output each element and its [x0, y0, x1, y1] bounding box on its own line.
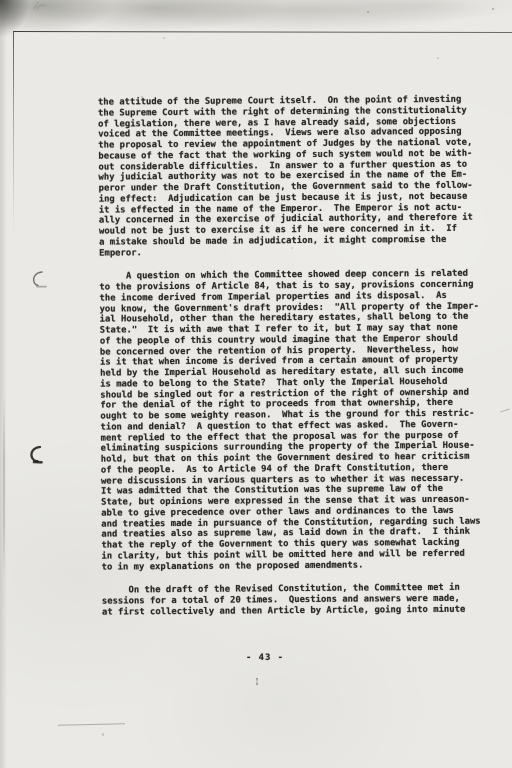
scan-speck	[163, 37, 165, 39]
handwritten-margin-mark-lower	[27, 444, 49, 468]
scan-speck	[492, 8, 494, 10]
scanned-document-page: the attitude of the Supreme Court itself…	[0, 0, 512, 768]
paragraph-3: On the draft of the Revised Constitution…	[102, 583, 504, 618]
faint-bottom-rule	[58, 723, 125, 726]
scan-speck	[291, 247, 293, 249]
scan-speck	[450, 316, 452, 318]
handwritten-margin-mark-upper	[29, 269, 53, 293]
pencil-mark	[31, 0, 49, 12]
scan-speck	[367, 11, 369, 13]
page-number: - 43 -	[233, 653, 297, 664]
stray-ink-tick	[256, 678, 258, 685]
scan-speck	[437, 57, 439, 59]
page-border-left-rule	[13, 31, 14, 236]
scan-edge-streak	[3, 395, 5, 580]
paragraph-2: A question on which the Committee showed…	[99, 269, 503, 573]
page-border-top-rule	[13, 31, 512, 33]
typewritten-text-block: the attitude of the Supreme Court itself…	[98, 94, 504, 631]
scan-speck	[141, 96, 143, 98]
paragraph-1: the attitude of the Supreme Court itself…	[98, 94, 501, 258]
scan-speck	[102, 733, 104, 736]
scan-edge-shadow	[0, 0, 7, 768]
